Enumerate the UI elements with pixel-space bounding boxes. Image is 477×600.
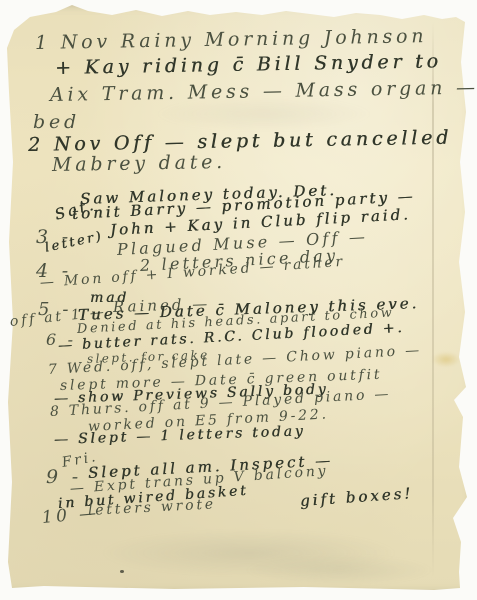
scan-stage: 1 Nov Rainy Morning Johnson+ Kay riding … [0, 0, 477, 600]
handwriting-layer: 1 Nov Rainy Morning Johnson+ Kay riding … [0, 0, 477, 600]
handwritten-line: Mabrey date. [52, 151, 226, 176]
handwritten-line: + Kay riding c̄ Bill Snyder to [55, 50, 442, 79]
handwritten-line: Aix Tram. Mess — Mass organ — [50, 77, 477, 106]
handwritten-line: 2 Nov Off — slept but cancelled [28, 127, 452, 156]
scan-background: { "document": { "type": "scanned handwri… [0, 0, 477, 600]
handwritten-line: 1 Nov Rainy Morning Johnson [35, 25, 428, 54]
handwritten-line: gift boxes! [299, 484, 413, 510]
handwritten-line: bed [33, 111, 80, 133]
